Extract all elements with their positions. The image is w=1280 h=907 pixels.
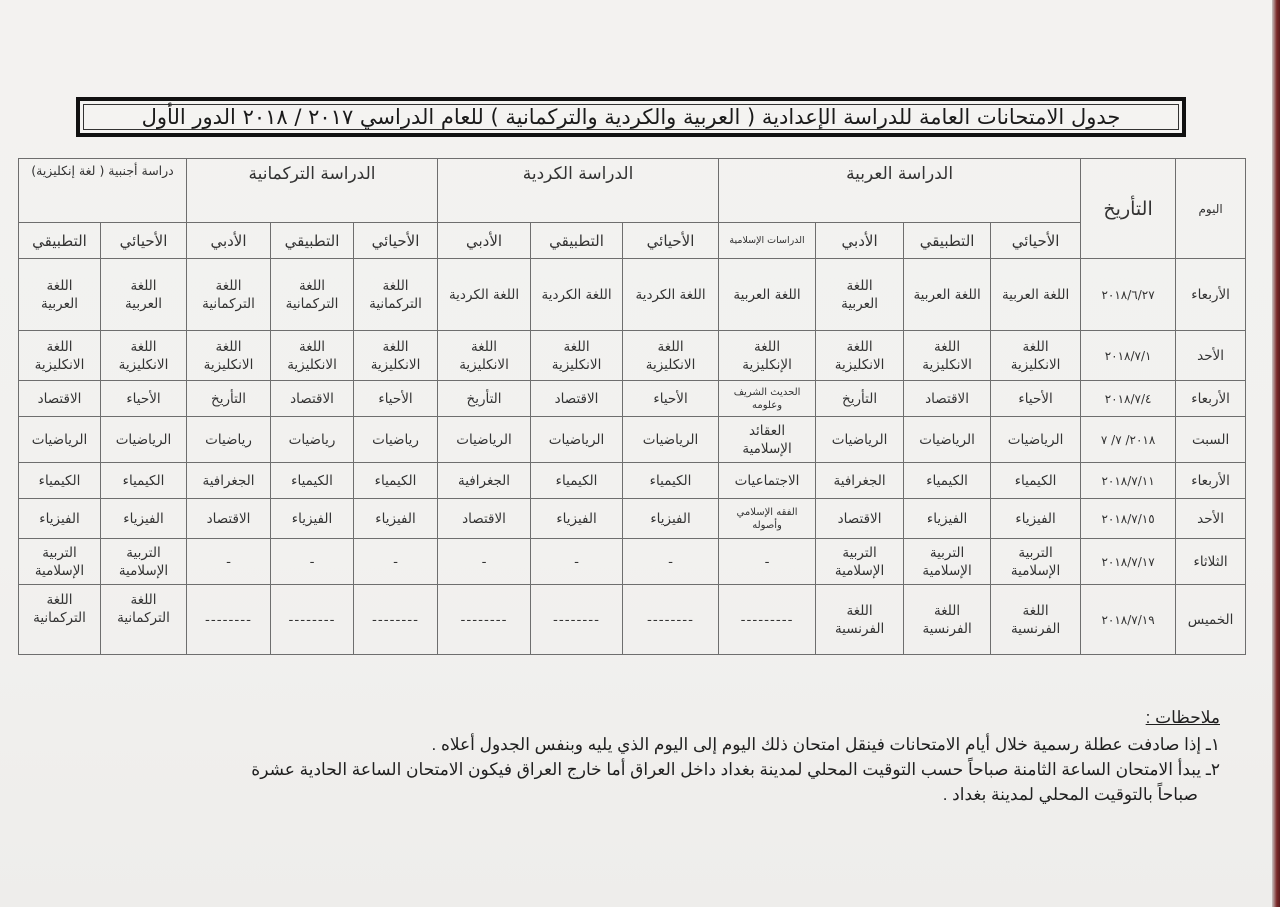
- header-kurdish-literary: الأدبي: [438, 223, 531, 259]
- table-row: الأربعاء ٢٠١٨/٧/١١ الكيمياء الكيمياء الج…: [19, 463, 1246, 499]
- subject-cell: اللغة الانكليزية: [271, 331, 354, 381]
- subject-cell: --------: [438, 585, 531, 655]
- notes-title: ملاحظات :: [120, 705, 1220, 730]
- subject-cell: الرياضيات: [101, 417, 187, 463]
- table-row: الخميس ٢٠١٨/٧/١٩ اللغة الفرنسية اللغة ال…: [19, 585, 1246, 655]
- subject-cell: الفيزياء: [991, 499, 1081, 539]
- subject-cell: الجغرافية: [816, 463, 904, 499]
- day-cell: الأربعاء: [1176, 381, 1246, 417]
- subject-cell: -: [271, 539, 354, 585]
- subject-cell: اللغة الانكليزية: [904, 331, 991, 381]
- subject-cell: التربية الإسلامية: [101, 539, 187, 585]
- subject-cell: اللغة التركمانية: [187, 259, 271, 331]
- header-foreign-biology: الأحيائي: [101, 223, 187, 259]
- table-row: الأحد ٢٠١٨/٧/١٥ الفيزياء الفيزياء الاقتص…: [19, 499, 1246, 539]
- header-turkmen-biology: الأحيائي: [354, 223, 438, 259]
- header-kurdish-biology: الأحيائي: [623, 223, 719, 259]
- header-arabic-applied: التطبيقي: [904, 223, 991, 259]
- subject-cell: التربية الإسلامية: [904, 539, 991, 585]
- day-cell: الثلاثاء: [1176, 539, 1246, 585]
- subject-cell: اللغة الانكليزية: [354, 331, 438, 381]
- subject-cell: الأحياء: [354, 381, 438, 417]
- subject-cell: اللغة الانكليزية: [816, 331, 904, 381]
- header-date: التأريخ: [1081, 159, 1176, 259]
- subject-cell: الكيمياء: [19, 463, 101, 499]
- subject-cell: الاجتماعيات: [719, 463, 816, 499]
- subject-cell: الجغرافية: [187, 463, 271, 499]
- subject-cell: ---------: [719, 585, 816, 655]
- subject-cell: اللغة الانكليزية: [187, 331, 271, 381]
- subject-cell: التربية الإسلامية: [816, 539, 904, 585]
- header-foreign-applied: التطبيقي: [19, 223, 101, 259]
- subject-cell: الاقتصاد: [19, 381, 101, 417]
- subject-cell: اللغة الانكليزية: [531, 331, 623, 381]
- header-turkmen-literary: الأدبي: [187, 223, 271, 259]
- date-cell: ٢٠١٨/٧/١٩: [1081, 585, 1176, 655]
- header-group-kurdish: الدراسة الكردية: [438, 159, 719, 223]
- subject-cell: الرياضيات: [904, 417, 991, 463]
- subject-cell: الفقه الإسلامي وأصوله: [719, 499, 816, 539]
- subject-cell: -: [531, 539, 623, 585]
- subject-cell: الجغرافية: [438, 463, 531, 499]
- subject-cell: اللغة العربية: [101, 259, 187, 331]
- subject-cell: الاقتصاد: [187, 499, 271, 539]
- subject-cell: اللغة الانكليزية: [991, 331, 1081, 381]
- date-cell: ٢٠١٨/٧/٤: [1081, 381, 1176, 417]
- subject-cell: --------: [623, 585, 719, 655]
- table-row: الأحد ٢٠١٨/٧/١ اللغة الانكليزية اللغة ال…: [19, 331, 1246, 381]
- note-item-2-continuation: صباحاً بالتوقيت المحلي لمدينة بغداد .: [120, 782, 1220, 807]
- subject-cell: الرياضيات: [623, 417, 719, 463]
- subject-cell: الأحياء: [623, 381, 719, 417]
- subject-cell: الاقتصاد: [531, 381, 623, 417]
- subject-cell: رياضيات: [271, 417, 354, 463]
- subject-cell: الاقتصاد: [816, 499, 904, 539]
- subject-cell: --------: [271, 585, 354, 655]
- subject-cell: اللغة الكردية: [531, 259, 623, 331]
- table-row: الأربعاء ٢٠١٨/٧/٤ الأحياء الاقتصاد التأر…: [19, 381, 1246, 417]
- subject-cell: اللغة الكردية: [438, 259, 531, 331]
- subject-cell: اللغة التركمانية: [271, 259, 354, 331]
- subject-cell: اللغة التركمانية: [354, 259, 438, 331]
- subject-cell: الأحياء: [101, 381, 187, 417]
- table-row: الأربعاء ٢٠١٨/٦/٢٧ اللغة العربية اللغة ا…: [19, 259, 1246, 331]
- day-cell: الأربعاء: [1176, 259, 1246, 331]
- date-cell: ٢٠١٨/٧/١١: [1081, 463, 1176, 499]
- subject-cell: اللغة العربية: [991, 259, 1081, 331]
- subject-cell: الكيمياء: [991, 463, 1081, 499]
- subject-cell: التأريخ: [816, 381, 904, 417]
- subject-cell: اللغة الانكليزية: [623, 331, 719, 381]
- header-arabic-islamic: الدراسات الإسلامية: [719, 223, 816, 259]
- subject-cell: رياضيات: [354, 417, 438, 463]
- subject-cell: الرياضيات: [438, 417, 531, 463]
- date-cell: ٢٠١٨/٧/١: [1081, 331, 1176, 381]
- subject-cell: الاقتصاد: [271, 381, 354, 417]
- subject-cell: الفيزياء: [531, 499, 623, 539]
- notes-section: ملاحظات : ١ـ إذا صادفت عطلة رسمية خلال أ…: [120, 705, 1220, 807]
- date-cell: ٢٠١٨/٦/٢٧: [1081, 259, 1176, 331]
- table-row: الثلاثاء ٢٠١٨/٧/١٧ التربية الإسلامية الت…: [19, 539, 1246, 585]
- title-box: جدول الامتحانات العامة للدراسة الإعدادية…: [76, 97, 1186, 137]
- subject-cell: الرياضيات: [531, 417, 623, 463]
- subject-cell: رياضيات: [187, 417, 271, 463]
- subject-cell: الرياضيات: [19, 417, 101, 463]
- date-cell: ٢٠١٨/٧/١٥: [1081, 499, 1176, 539]
- subject-cell: -: [438, 539, 531, 585]
- subject-cell: --------: [187, 585, 271, 655]
- subject-cell: الفيزياء: [904, 499, 991, 539]
- subject-cell: الكيمياء: [271, 463, 354, 499]
- subject-cell: اللغة التركمانية: [19, 585, 101, 655]
- subject-cell: اللغة الانكليزية: [438, 331, 531, 381]
- header-kurdish-applied: التطبيقي: [531, 223, 623, 259]
- subject-cell: اللغة الفرنسية: [991, 585, 1081, 655]
- subject-cell: اللغة العربية: [719, 259, 816, 331]
- subject-cell: الكيمياء: [904, 463, 991, 499]
- subject-cell: الاقتصاد: [904, 381, 991, 417]
- subject-cell: الرياضيات: [991, 417, 1081, 463]
- subject-cell: اللغة العربية: [816, 259, 904, 331]
- subject-cell: اللغة الفرنسية: [816, 585, 904, 655]
- subject-cell: اللغة الإنكليزية: [719, 331, 816, 381]
- subject-cell: اللغة التركمانية: [101, 585, 187, 655]
- table-row: السبت ٢٠١٨/ ٧/ ٧ الرياضيات الرياضيات الر…: [19, 417, 1246, 463]
- day-cell: الأحد: [1176, 331, 1246, 381]
- note-item-1: ١ـ إذا صادفت عطلة رسمية خلال أيام الامتح…: [120, 732, 1220, 757]
- subject-cell: العقائد الإسلامية: [719, 417, 816, 463]
- subject-cell: الفيزياء: [271, 499, 354, 539]
- header-arabic-literary: الأدبي: [816, 223, 904, 259]
- day-cell: الأربعاء: [1176, 463, 1246, 499]
- subject-cell: -: [187, 539, 271, 585]
- subject-cell: اللغة العربية: [904, 259, 991, 331]
- subject-cell: التأريخ: [187, 381, 271, 417]
- subject-cell: اللغة العربية: [19, 259, 101, 331]
- subject-cell: الكيمياء: [101, 463, 187, 499]
- subject-cell: التربية الإسلامية: [991, 539, 1081, 585]
- header-group-arabic: الدراسة العربية: [719, 159, 1081, 223]
- header-turkmen-applied: التطبيقي: [271, 223, 354, 259]
- page-title: جدول الامتحانات العامة للدراسة الإعدادية…: [83, 104, 1179, 130]
- subject-cell: الحديث الشريف وعلومه: [719, 381, 816, 417]
- subject-cell: الفيزياء: [354, 499, 438, 539]
- date-cell: ٢٠١٨/٧/١٧: [1081, 539, 1176, 585]
- subject-cell: اللغة الفرنسية: [904, 585, 991, 655]
- subject-cell: الأحياء: [991, 381, 1081, 417]
- note-item-2: ٢ـ يبدأ الامتحان الساعة الثامنة صباحاً ح…: [120, 757, 1220, 782]
- header-day: اليوم: [1176, 159, 1246, 259]
- subject-cell: اللغة الانكليزية: [101, 331, 187, 381]
- subject-cell: التأريخ: [438, 381, 531, 417]
- date-cell: ٢٠١٨/ ٧/ ٧: [1081, 417, 1176, 463]
- subject-cell: الكيمياء: [354, 463, 438, 499]
- subject-cell: التربية الإسلامية: [19, 539, 101, 585]
- subject-cell: الرياضيات: [816, 417, 904, 463]
- header-group-turkmen: الدراسة التركمانية: [187, 159, 438, 223]
- subject-cell: -: [623, 539, 719, 585]
- exam-schedule-table: اليوم التأريخ الدراسة العربية الدراسة ال…: [18, 158, 1246, 655]
- day-cell: السبت: [1176, 417, 1246, 463]
- subject-cell: الفيزياء: [19, 499, 101, 539]
- subject-cell: الفيزياء: [623, 499, 719, 539]
- day-cell: الخميس: [1176, 585, 1246, 655]
- header-group-foreign: دراسة أجنبية ( لغة إنكليزية): [19, 159, 187, 223]
- header-arabic-biology: الأحيائي: [991, 223, 1081, 259]
- subject-cell: اللغة الانكليزية: [19, 331, 101, 381]
- subject-cell: الكيمياء: [623, 463, 719, 499]
- subject-cell: الفيزياء: [101, 499, 187, 539]
- subject-cell: الاقتصاد: [438, 499, 531, 539]
- subject-cell: --------: [354, 585, 438, 655]
- subject-cell: -: [354, 539, 438, 585]
- subject-cell: الكيمياء: [531, 463, 623, 499]
- subject-cell: اللغة الكردية: [623, 259, 719, 331]
- day-cell: الأحد: [1176, 499, 1246, 539]
- subject-cell: --------: [531, 585, 623, 655]
- paper-edge: [1272, 0, 1280, 907]
- subject-cell: -: [719, 539, 816, 585]
